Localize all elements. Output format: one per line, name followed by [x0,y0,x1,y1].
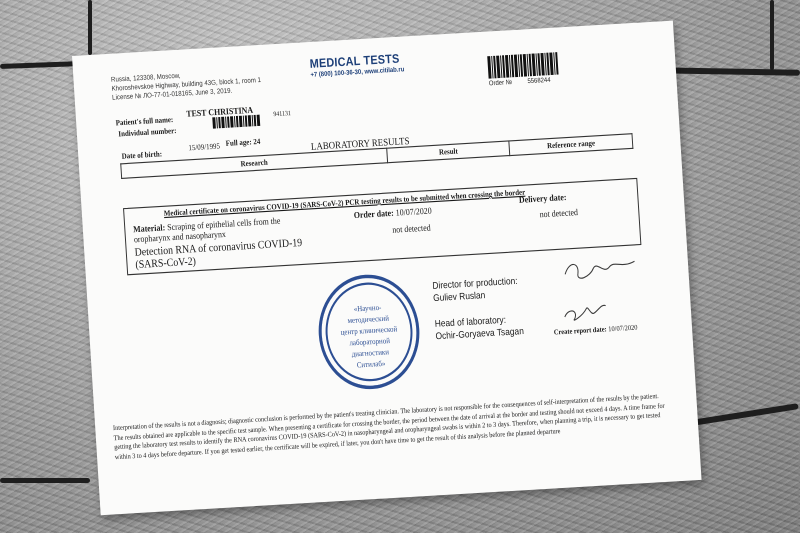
full-age-value: 24 [253,137,260,146]
disclaimer-text: Interpretation of the results is not a d… [113,392,667,463]
order-date: Order date: 10/07/2020 [354,206,432,221]
order-date-label: Order date: [354,208,395,220]
full-age-label: Full age: [225,138,251,148]
director-block: Director for production: Guliev Ruslan [432,275,519,305]
laboratory-stamp: «Научно- методический центр клинической … [315,272,423,392]
dob-label: Date of birth: [122,150,163,161]
stone-crack [88,0,92,55]
stone-crack [770,0,774,70]
result-value: not detected [392,223,431,235]
certificate-heading: Medical certificate on coronavirus COVID… [164,188,526,218]
dob-value: 15/09/1995 [188,142,220,153]
stone-crack [0,478,90,483]
barcode-icon [487,52,558,79]
delivery-date-label: Delivery date: [519,192,567,205]
head-signature-icon [560,299,611,327]
lab-address: Russia, 123308, Moscow, Khoroshevskoe Hi… [111,67,262,103]
individual-number: 941131 [273,111,291,119]
reference-range-value: not detected [539,207,578,219]
report-date-value: 10/07/2020 [608,324,638,334]
patient-name-label: Patient's full name: [115,115,173,127]
director-signature-icon [559,254,639,286]
order-number-label: Order № [489,80,513,88]
order-barcode: Order № 5568244 [487,52,559,87]
medical-certificate-paper: Russia, 123308, Moscow, Khoroshevskoe Hi… [72,21,702,516]
patient-barcode [212,115,260,129]
barcode-icon [212,115,260,129]
order-number: 5568244 [527,77,550,85]
order-date-value: 10/07/2020 [395,206,432,218]
individual-number-label: Individual number: [118,126,177,138]
column-reference-range: Reference range [509,134,633,156]
full-age: Full age: 24 [225,137,260,148]
report-date-label: Create report date: [554,326,607,337]
head-block: Head of laboratory: Ochir-Goryaeva Tsaga… [434,313,524,343]
stamp-center-text: «Научно- методический центр клинической … [320,300,419,373]
